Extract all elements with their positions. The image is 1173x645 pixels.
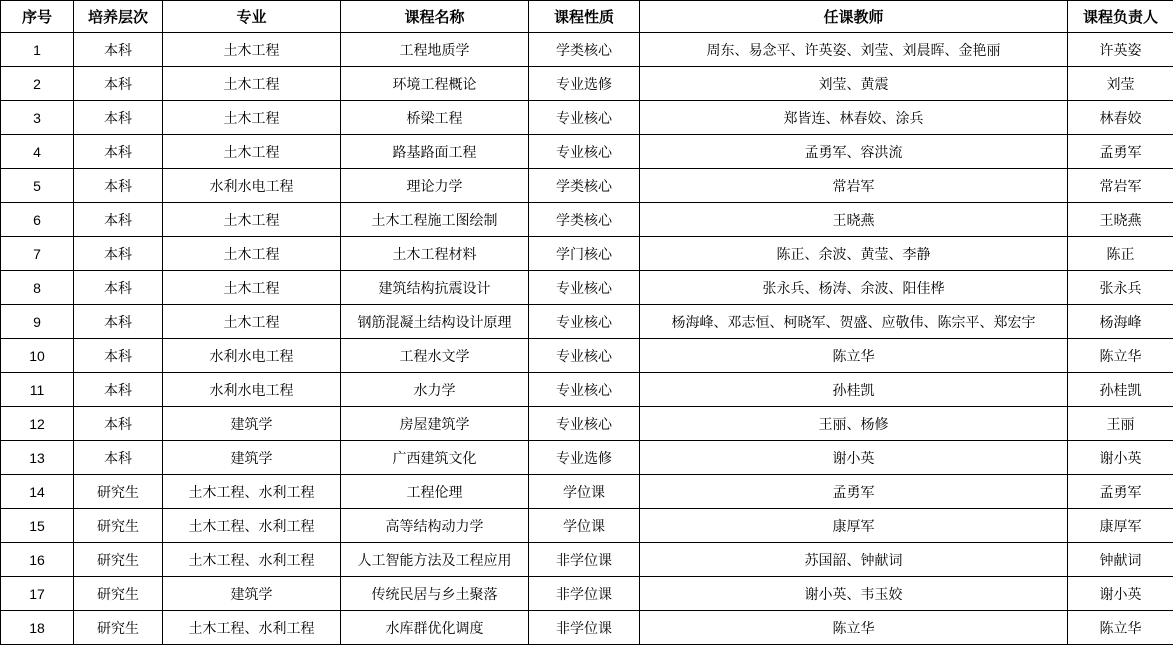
cell-level: 本科 [74, 407, 163, 441]
cell-index: 4 [1, 135, 74, 169]
cell-course-leader: 孟勇军 [1068, 475, 1173, 509]
cell-course-leader: 康厚军 [1068, 509, 1173, 543]
cell-course-leader: 林春姣 [1068, 101, 1173, 135]
cell-course-name: 水力学 [341, 373, 529, 407]
cell-course-type: 学门核心 [529, 237, 640, 271]
cell-index: 17 [1, 577, 74, 611]
cell-course-leader: 刘莹 [1068, 67, 1173, 101]
cell-teachers: 陈立华 [640, 611, 1068, 645]
cell-level: 本科 [74, 237, 163, 271]
cell-course-leader: 杨海峰 [1068, 305, 1173, 339]
cell-teachers: 郑皆连、林春姣、涂兵 [640, 101, 1068, 135]
cell-major: 土木工程 [163, 67, 341, 101]
cell-major: 建筑学 [163, 577, 341, 611]
cell-course-name: 桥梁工程 [341, 101, 529, 135]
cell-major: 土木工程、水利工程 [163, 475, 341, 509]
table-row: 2本科土木工程环境工程概论专业选修刘莹、黄震刘莹 [1, 67, 1173, 101]
cell-course-type: 专业核心 [529, 339, 640, 373]
cell-level: 本科 [74, 203, 163, 237]
cell-teachers: 张永兵、杨涛、余波、阳佳桦 [640, 271, 1068, 305]
cell-course-name: 路基路面工程 [341, 135, 529, 169]
cell-teachers: 陈正、余波、黄莹、李静 [640, 237, 1068, 271]
header-major: 专业 [163, 1, 341, 33]
cell-major: 土木工程 [163, 237, 341, 271]
cell-teachers: 孟勇军 [640, 475, 1068, 509]
cell-teachers: 陈立华 [640, 339, 1068, 373]
cell-level: 研究生 [74, 611, 163, 645]
cell-course-type: 专业选修 [529, 441, 640, 475]
cell-course-leader: 王晓燕 [1068, 203, 1173, 237]
cell-major: 土木工程 [163, 271, 341, 305]
cell-course-name: 水库群优化调度 [341, 611, 529, 645]
cell-level: 研究生 [74, 543, 163, 577]
table-row: 15研究生土木工程、水利工程高等结构动力学学位课康厚军康厚军 [1, 509, 1173, 543]
cell-course-name: 房屋建筑学 [341, 407, 529, 441]
cell-course-type: 非学位课 [529, 543, 640, 577]
table-row: 6本科土木工程土木工程施工图绘制学类核心王晓燕王晓燕 [1, 203, 1173, 237]
cell-course-leader: 王丽 [1068, 407, 1173, 441]
cell-index: 7 [1, 237, 74, 271]
cell-course-name: 高等结构动力学 [341, 509, 529, 543]
cell-level: 本科 [74, 271, 163, 305]
cell-teachers: 谢小英、韦玉姣 [640, 577, 1068, 611]
cell-course-name: 理论力学 [341, 169, 529, 203]
cell-major: 土木工程、水利工程 [163, 509, 341, 543]
cell-major: 土木工程 [163, 101, 341, 135]
cell-teachers: 谢小英 [640, 441, 1068, 475]
table-row: 7本科土木工程土木工程材料学门核心陈正、余波、黄莹、李静陈正 [1, 237, 1173, 271]
cell-course-name: 传统民居与乡土聚落 [341, 577, 529, 611]
cell-major: 土木工程 [163, 203, 341, 237]
cell-index: 8 [1, 271, 74, 305]
cell-level: 本科 [74, 67, 163, 101]
cell-level: 研究生 [74, 577, 163, 611]
table-row: 11本科水利水电工程水力学专业核心孙桂凯孙桂凯 [1, 373, 1173, 407]
cell-course-leader: 孟勇军 [1068, 135, 1173, 169]
header-course-type: 课程性质 [529, 1, 640, 33]
table-header: 序号 培养层次 专业 课程名称 课程性质 任课教师 课程负责人 [1, 1, 1173, 33]
cell-course-type: 专业核心 [529, 373, 640, 407]
cell-course-leader: 谢小英 [1068, 441, 1173, 475]
cell-level: 本科 [74, 101, 163, 135]
table-row: 5本科水利水电工程理论力学学类核心常岩军常岩军 [1, 169, 1173, 203]
cell-index: 1 [1, 33, 74, 67]
cell-teachers: 周东、易念平、许英姿、刘莹、刘晨晖、金艳丽 [640, 33, 1068, 67]
cell-course-name: 人工智能方法及工程应用 [341, 543, 529, 577]
table-row: 13本科建筑学广西建筑文化专业选修谢小英谢小英 [1, 441, 1173, 475]
cell-course-name: 广西建筑文化 [341, 441, 529, 475]
header-teachers: 任课教师 [640, 1, 1068, 33]
cell-index: 5 [1, 169, 74, 203]
cell-index: 14 [1, 475, 74, 509]
cell-index: 13 [1, 441, 74, 475]
cell-major: 建筑学 [163, 407, 341, 441]
cell-course-name: 工程地质学 [341, 33, 529, 67]
cell-course-type: 专业核心 [529, 135, 640, 169]
cell-teachers: 孟勇军、容洪流 [640, 135, 1068, 169]
cell-level: 本科 [74, 169, 163, 203]
header-course-name: 课程名称 [341, 1, 529, 33]
header-course-leader: 课程负责人 [1068, 1, 1173, 33]
cell-index: 9 [1, 305, 74, 339]
cell-index: 18 [1, 611, 74, 645]
cell-level: 研究生 [74, 509, 163, 543]
cell-index: 2 [1, 67, 74, 101]
cell-course-leader: 陈正 [1068, 237, 1173, 271]
cell-teachers: 杨海峰、邓志恒、柯晓军、贺盛、应敬伟、陈宗平、郑宏宇 [640, 305, 1068, 339]
cell-teachers: 刘莹、黄震 [640, 67, 1068, 101]
cell-major: 土木工程 [163, 305, 341, 339]
cell-course-type: 学类核心 [529, 169, 640, 203]
table-row: 17研究生建筑学传统民居与乡土聚落非学位课谢小英、韦玉姣谢小英 [1, 577, 1173, 611]
cell-course-leader: 陈立华 [1068, 339, 1173, 373]
table-row: 14研究生土木工程、水利工程工程伦理学位课孟勇军孟勇军 [1, 475, 1173, 509]
cell-major: 水利水电工程 [163, 339, 341, 373]
cell-course-leader: 陈立华 [1068, 611, 1173, 645]
table-row: 10本科水利水电工程工程水文学专业核心陈立华陈立华 [1, 339, 1173, 373]
cell-level: 本科 [74, 135, 163, 169]
cell-level: 本科 [74, 441, 163, 475]
cell-teachers: 常岩军 [640, 169, 1068, 203]
cell-course-type: 专业核心 [529, 101, 640, 135]
cell-course-type: 专业核心 [529, 407, 640, 441]
cell-course-type: 学类核心 [529, 203, 640, 237]
course-table: 序号 培养层次 专业 课程名称 课程性质 任课教师 课程负责人 1本科土木工程工… [0, 0, 1173, 645]
cell-major: 土木工程、水利工程 [163, 543, 341, 577]
cell-major: 土木工程、水利工程 [163, 611, 341, 645]
cell-index: 10 [1, 339, 74, 373]
cell-teachers: 王晓燕 [640, 203, 1068, 237]
cell-index: 3 [1, 101, 74, 135]
cell-major: 土木工程 [163, 33, 341, 67]
cell-major: 土木工程 [163, 135, 341, 169]
cell-course-name: 工程水文学 [341, 339, 529, 373]
cell-teachers: 苏国韶、钟献词 [640, 543, 1068, 577]
cell-major: 水利水电工程 [163, 169, 341, 203]
cell-level: 本科 [74, 305, 163, 339]
header-level: 培养层次 [74, 1, 163, 33]
table-row: 4本科土木工程路基路面工程专业核心孟勇军、容洪流孟勇军 [1, 135, 1173, 169]
table-body: 1本科土木工程工程地质学学类核心周东、易念平、许英姿、刘莹、刘晨晖、金艳丽许英姿… [1, 33, 1173, 645]
table-row: 1本科土木工程工程地质学学类核心周东、易念平、许英姿、刘莹、刘晨晖、金艳丽许英姿 [1, 33, 1173, 67]
cell-course-leader: 常岩军 [1068, 169, 1173, 203]
cell-course-name: 工程伦理 [341, 475, 529, 509]
cell-index: 6 [1, 203, 74, 237]
cell-course-name: 建筑结构抗震设计 [341, 271, 529, 305]
cell-major: 水利水电工程 [163, 373, 341, 407]
cell-level: 本科 [74, 339, 163, 373]
cell-index: 15 [1, 509, 74, 543]
cell-course-leader: 许英姿 [1068, 33, 1173, 67]
cell-course-name: 土木工程施工图绘制 [341, 203, 529, 237]
cell-level: 本科 [74, 373, 163, 407]
cell-index: 16 [1, 543, 74, 577]
cell-course-leader: 张永兵 [1068, 271, 1173, 305]
cell-index: 11 [1, 373, 74, 407]
cell-course-type: 学位课 [529, 475, 640, 509]
table-row: 18研究生土木工程、水利工程水库群优化调度非学位课陈立华陈立华 [1, 611, 1173, 645]
table-row: 16研究生土木工程、水利工程人工智能方法及工程应用非学位课苏国韶、钟献词钟献词 [1, 543, 1173, 577]
cell-course-name: 环境工程概论 [341, 67, 529, 101]
cell-teachers: 王丽、杨修 [640, 407, 1068, 441]
cell-course-type: 专业核心 [529, 305, 640, 339]
cell-major: 建筑学 [163, 441, 341, 475]
table-row: 12本科建筑学房屋建筑学专业核心王丽、杨修王丽 [1, 407, 1173, 441]
cell-teachers: 孙桂凯 [640, 373, 1068, 407]
cell-course-type: 非学位课 [529, 611, 640, 645]
cell-course-leader: 孙桂凯 [1068, 373, 1173, 407]
table-row: 8本科土木工程建筑结构抗震设计专业核心张永兵、杨涛、余波、阳佳桦张永兵 [1, 271, 1173, 305]
header-row: 序号 培养层次 专业 课程名称 课程性质 任课教师 课程负责人 [1, 1, 1173, 33]
cell-teachers: 康厚军 [640, 509, 1068, 543]
cell-course-type: 非学位课 [529, 577, 640, 611]
cell-course-type: 学位课 [529, 509, 640, 543]
cell-index: 12 [1, 407, 74, 441]
table-row: 3本科土木工程桥梁工程专业核心郑皆连、林春姣、涂兵林春姣 [1, 101, 1173, 135]
cell-course-name: 钢筋混凝土结构设计原理 [341, 305, 529, 339]
cell-course-type: 专业选修 [529, 67, 640, 101]
cell-level: 本科 [74, 33, 163, 67]
cell-course-type: 专业核心 [529, 271, 640, 305]
cell-course-type: 学类核心 [529, 33, 640, 67]
cell-course-leader: 钟献词 [1068, 543, 1173, 577]
table-row: 9本科土木工程钢筋混凝土结构设计原理专业核心杨海峰、邓志恒、柯晓军、贺盛、应敬伟… [1, 305, 1173, 339]
cell-course-leader: 谢小英 [1068, 577, 1173, 611]
cell-level: 研究生 [74, 475, 163, 509]
header-index: 序号 [1, 1, 74, 33]
cell-course-name: 土木工程材料 [341, 237, 529, 271]
